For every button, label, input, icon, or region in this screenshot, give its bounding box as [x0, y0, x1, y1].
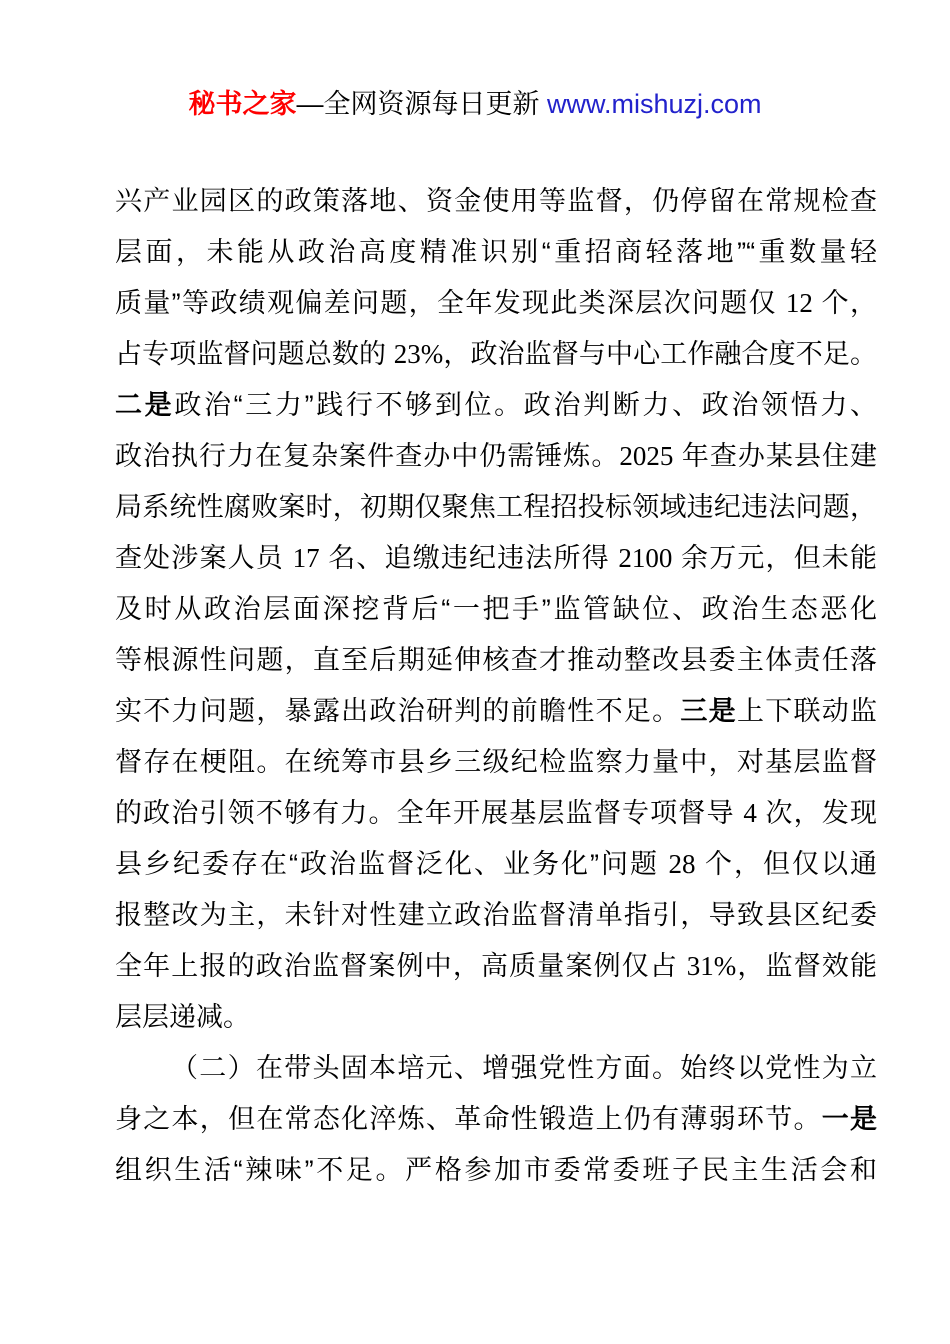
text-run: 2025 — [619, 441, 673, 471]
emphasis-run: 二是 — [115, 390, 174, 420]
text-run: 31% — [687, 951, 737, 981]
text-run: 23% — [394, 339, 444, 369]
text-line: （二）在带头固本培元、增强党性方面。始终以党性为立 — [115, 1043, 877, 1094]
text-run: 2100 — [618, 543, 672, 573]
text-run: 报整改为主，未针对性建立政治监督清单指引，导致县区纪委 — [115, 900, 877, 930]
text-line: 层面，未能从政治高度精准识别“重招商轻落地”“重数量轻 — [115, 227, 877, 278]
site-tagline: —全网资源每日更新 — [296, 89, 539, 119]
text-run: 4 — [743, 798, 757, 828]
text-run: 组织生活“辣味”不足。严格参加市委常委班子民主生活会和 — [115, 1155, 877, 1185]
document-body: 兴产业园区的政策落地、资金使用等监督，仍停留在常规检查层面，未能从政治高度精准识… — [115, 176, 877, 1196]
text-line: 二是政治“三力”践行不够到位。政治判断力、政治领悟力、 — [115, 380, 877, 431]
text-run: 占专项监督问题总数的 — [115, 339, 394, 369]
text-run: （二）在带头固本培元、增强党性方面。始终以党性为立 — [171, 1053, 877, 1083]
text-run: 上下联动监 — [737, 696, 877, 726]
text-run: 层面，未能从政治高度精准识别“重招商轻落地”“重数量轻 — [115, 237, 877, 267]
text-run: 17 — [293, 543, 320, 573]
text-run: 层层递减。 — [115, 1002, 250, 1032]
text-line: 督存在梗阻。在统筹市县乡三级纪检监察力量中，对基层监督 — [115, 737, 877, 788]
text-line: 等根源性问题，直至后期延伸核查才推动整改县委主体责任落 — [115, 635, 877, 686]
text-run: 个， — [813, 288, 877, 318]
text-run: 个，但仅以通 — [695, 849, 877, 879]
text-line: 查处涉案人员 17 名、追缴违纪违法所得 2100 余万元，但未能 — [115, 533, 877, 584]
text-line: 政治执行力在复杂案件查办中仍需锤炼。2025 年查办某县住建 — [115, 431, 877, 482]
text-line: 占专项监督问题总数的 23%，政治监督与中心工作融合度不足。 — [115, 329, 877, 380]
text-run: 局系统性腐败案时，初期仅聚焦工程招投标领域违纪违法问题， — [115, 492, 877, 522]
emphasis-run: 一是 — [822, 1104, 877, 1134]
text-run: 次，发现 — [757, 798, 877, 828]
text-run: 查处涉案人员 — [115, 543, 293, 573]
text-run: 余万元，但未能 — [672, 543, 877, 573]
text-run: 县乡纪委存在“政治监督泛化、业务化”问题 — [115, 849, 668, 879]
text-run: 等根源性问题，直至后期延伸核查才推动整改县委主体责任落 — [115, 645, 877, 675]
text-line: 县乡纪委存在“政治监督泛化、业务化”问题 28 个，但仅以通 — [115, 839, 877, 890]
emphasis-run: 三是 — [680, 696, 737, 726]
text-run: 全年上报的政治监督案例中，高质量案例仅占 — [115, 951, 687, 981]
text-run: 年查办某县住建 — [673, 441, 877, 471]
text-run: 兴产业园区的政策落地、资金使用等监督，仍停留在常规检查 — [115, 186, 877, 216]
site-url-link[interactable]: www.mishuzj.com — [547, 89, 762, 119]
text-line: 身之本，但在常态化淬炼、革命性锻造上仍有薄弱环节。一是 — [115, 1094, 877, 1145]
text-line: 报整改为主，未针对性建立政治监督清单指引，导致县区纪委 — [115, 890, 877, 941]
text-line: 层层递减。 — [115, 992, 877, 1043]
text-run: 身之本，但在常态化淬炼、革命性锻造上仍有薄弱环节。 — [115, 1104, 822, 1134]
text-run: 的政治引领不够有力。全年开展基层监督专项督导 — [115, 798, 743, 828]
text-run: 政治“三力”践行不够到位。政治判断力、政治领悟力、 — [174, 390, 877, 420]
text-run: ，政治监督与中心工作融合度不足。 — [443, 339, 877, 369]
text-run: 及时从政治层面深挖背后“一把手”监管缺位、政治生态恶化 — [115, 594, 877, 624]
text-run: 政治执行力在复杂案件查办中仍需锤炼。 — [115, 441, 619, 471]
text-line: 局系统性腐败案时，初期仅聚焦工程招投标领域违纪违法问题， — [115, 482, 877, 533]
header-banner: 秘书之家—全网资源每日更新 www.mishuzj.com — [0, 88, 950, 120]
text-line: 实不力问题，暴露出政治研判的前瞻性不足。三是上下联动监 — [115, 686, 877, 737]
text-run: 名、追缴违纪违法所得 — [320, 543, 619, 573]
text-line: 及时从政治层面深挖背后“一把手”监管缺位、政治生态恶化 — [115, 584, 877, 635]
text-run: 督存在梗阻。在统筹市县乡三级纪检监察力量中，对基层监督 — [115, 747, 877, 777]
site-name: 秘书之家 — [188, 89, 296, 119]
text-run: 质量”等政绩观偏差问题，全年发现此类深层次问题仅 — [115, 288, 786, 318]
text-line: 兴产业园区的政策落地、资金使用等监督，仍停留在常规检查 — [115, 176, 877, 227]
text-line: 组织生活“辣味”不足。严格参加市委常委班子民主生活会和 — [115, 1145, 877, 1196]
text-run: 实不力问题，暴露出政治研判的前瞻性不足。 — [115, 696, 680, 726]
text-run: 28 — [668, 849, 695, 879]
text-line: 质量”等政绩观偏差问题，全年发现此类深层次问题仅 12 个， — [115, 278, 877, 329]
text-run: ，监督效能 — [736, 951, 877, 981]
text-line: 全年上报的政治监督案例中，高质量案例仅占 31%，监督效能 — [115, 941, 877, 992]
text-run: 12 — [786, 288, 813, 318]
text-line: 的政治引领不够有力。全年开展基层监督专项督导 4 次，发现 — [115, 788, 877, 839]
